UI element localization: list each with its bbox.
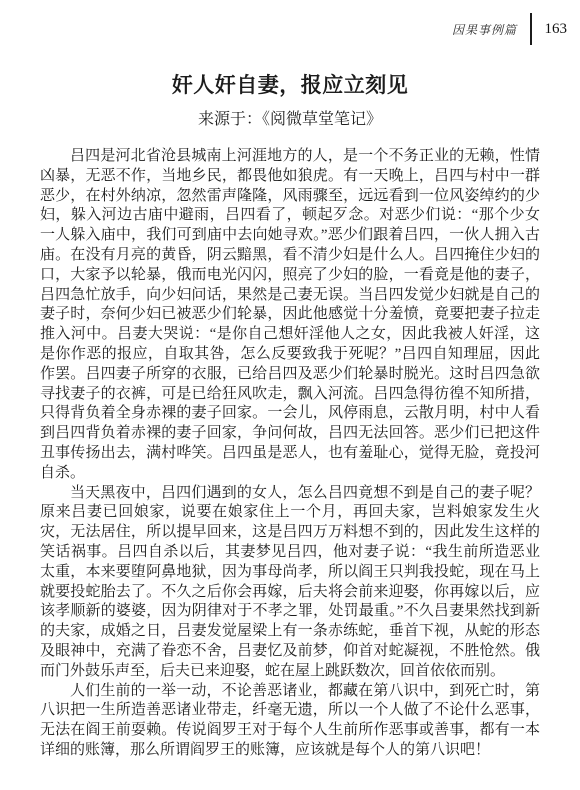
article-body: 吕四是河北省沧县城南上河涯地方的人，是一个不务正业的无赖，性情凶暴，无恶不作，当…: [40, 147, 540, 761]
paragraph: 当天黑夜中，吕四们遇到的女人，怎么吕四竟想不到是自己的妻子呢？原来吕妻已回娘家，…: [40, 484, 540, 682]
book-page: 因果事例篇 163 奸人奸自妻，报应立刻见 来源于：《阅微草堂笔记》 吕四是河北…: [0, 0, 580, 790]
header-divider: [530, 13, 532, 45]
chapter-label: 因果事例篇: [452, 21, 517, 38]
source-line: 来源于：《阅微草堂笔记》: [40, 110, 540, 130]
paragraph: 人们生前的一举一动，不论善恶诸业，都藏在第八识中，到死亡时，第八识把一生所造善恶…: [40, 682, 540, 761]
page-number: 163: [545, 21, 568, 38]
page-content: 奸人奸自妻，报应立刻见 来源于：《阅微草堂笔记》 吕四是河北省沧县城南上河涯地方…: [0, 0, 580, 761]
article-title: 奸人奸自妻，报应立刻见: [40, 72, 540, 98]
running-header: 因果事例篇 163: [452, 13, 567, 45]
paragraph: 吕四是河北省沧县城南上河涯地方的人，是一个不务正业的无赖，性情凶暴，无恶不作，当…: [40, 147, 540, 484]
